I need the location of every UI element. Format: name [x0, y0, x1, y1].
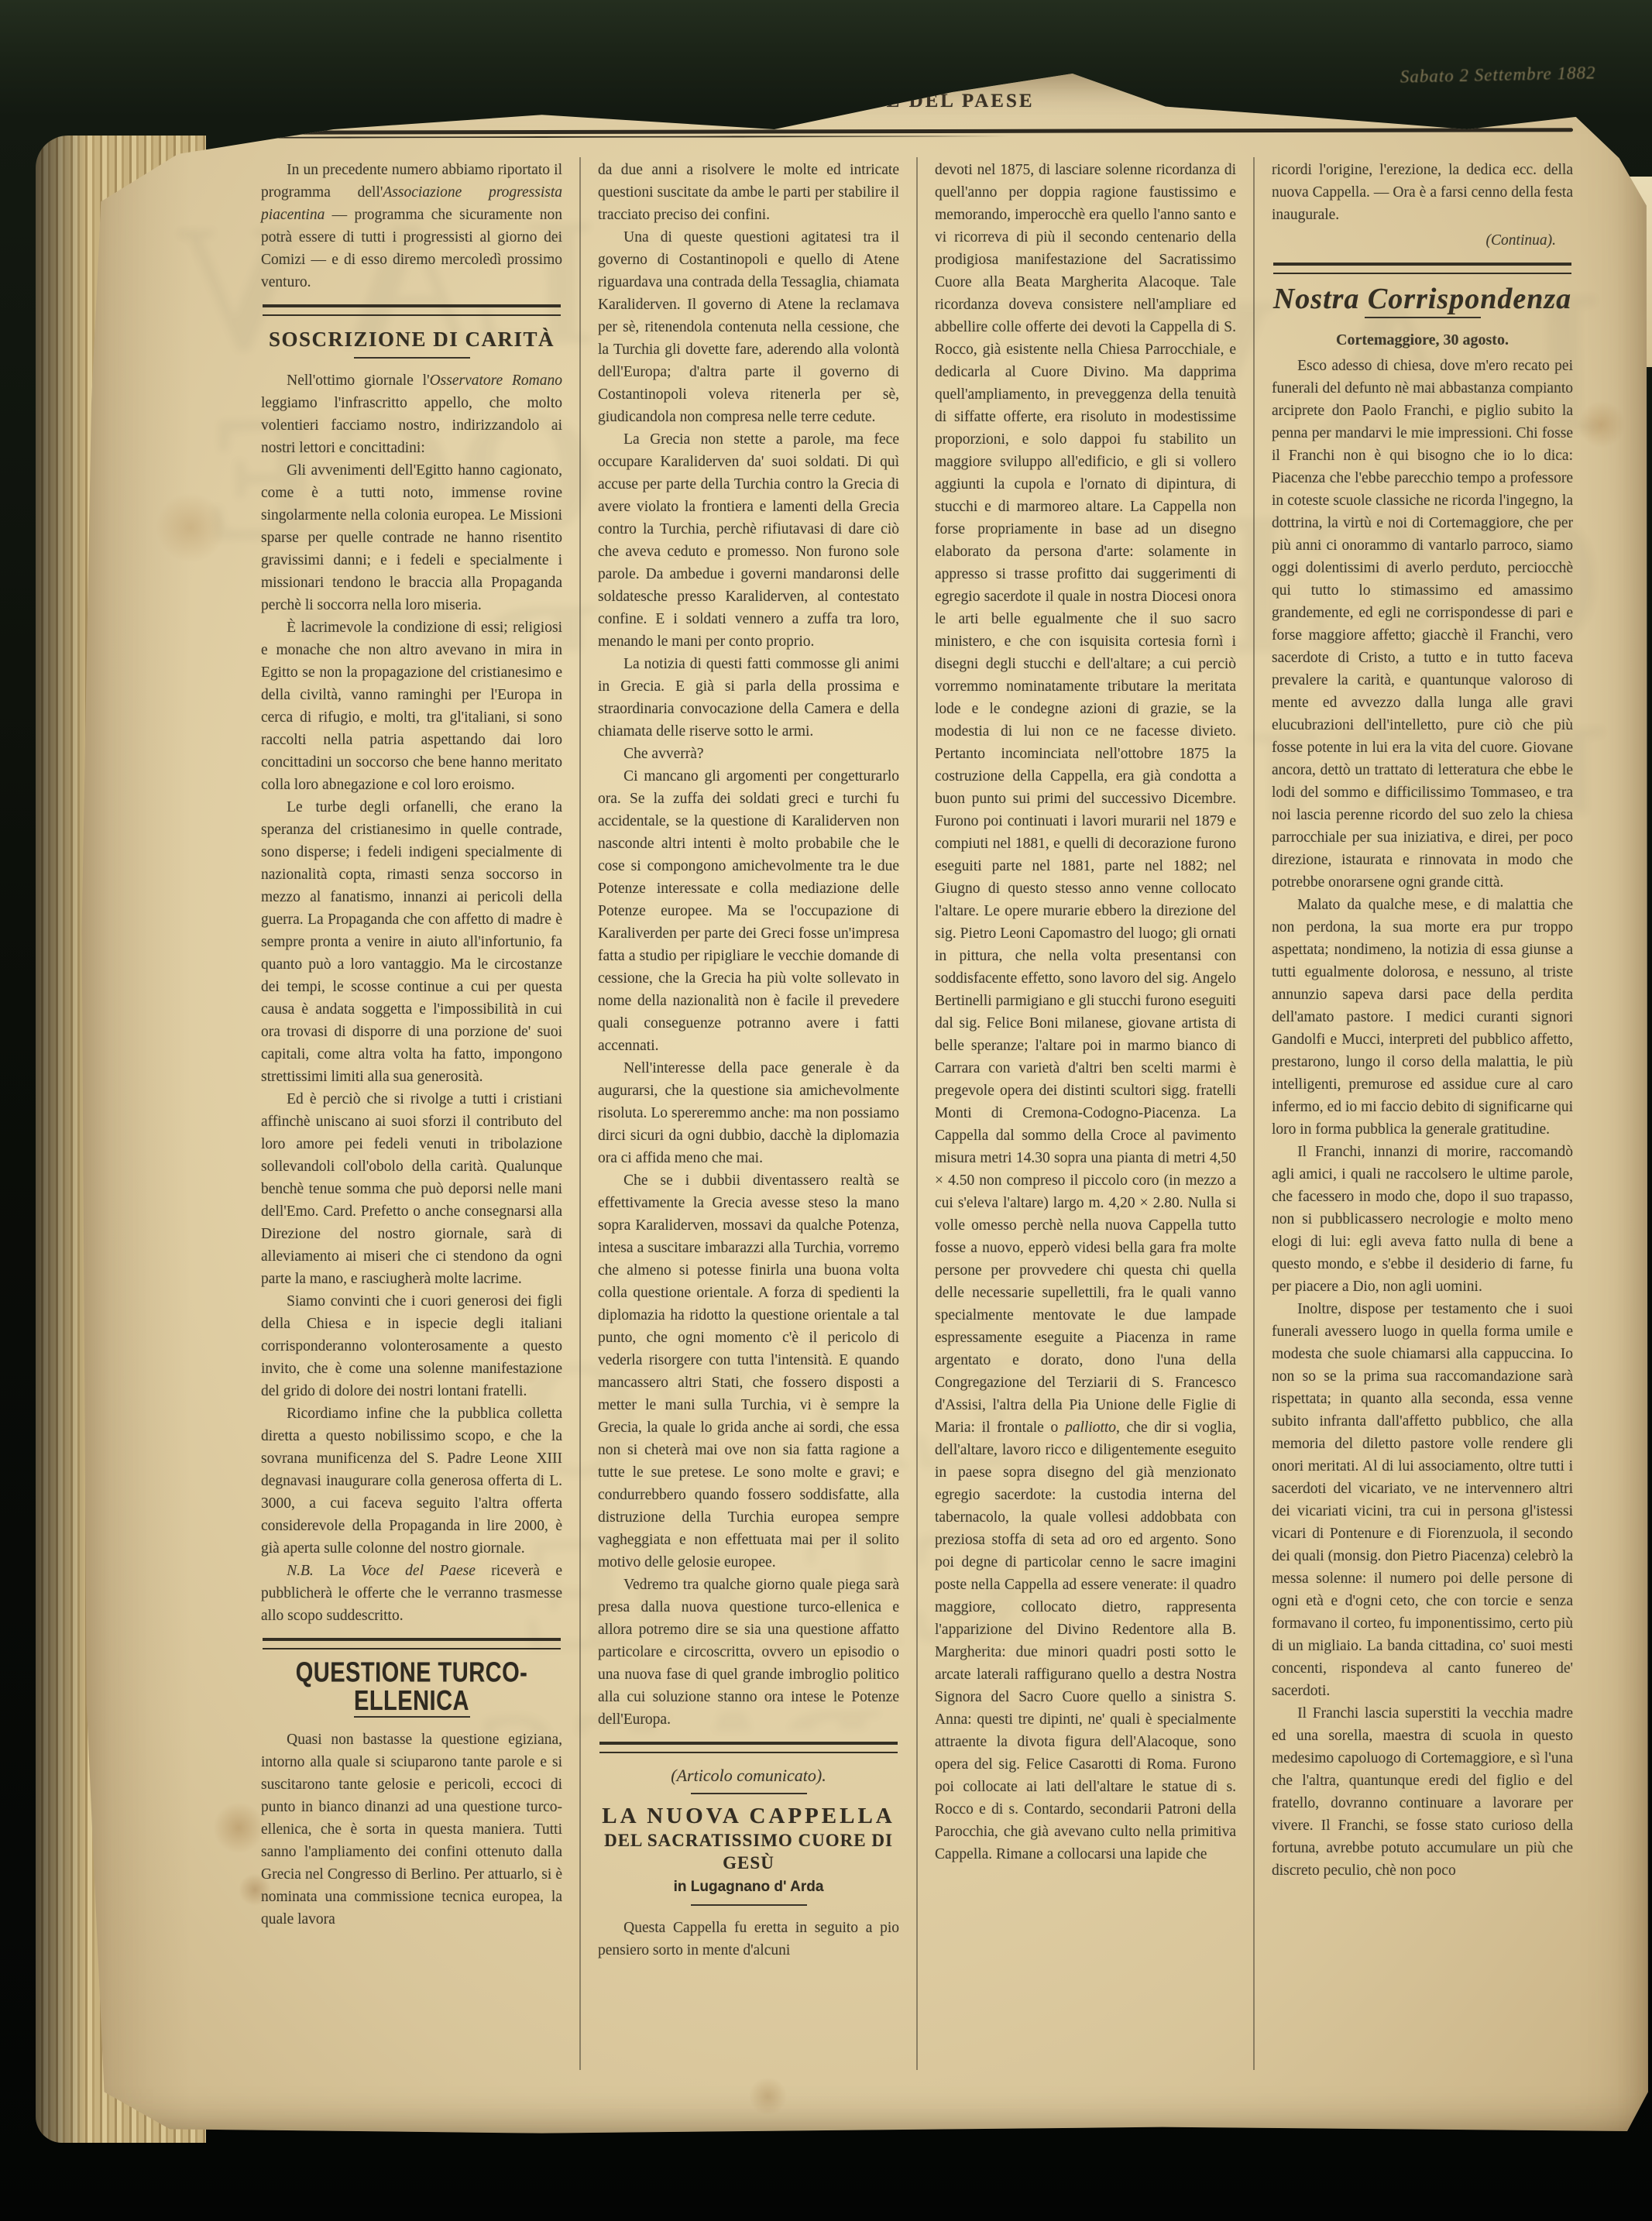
heading-soscrizione-di-carita: SOSCRIZIONE DI CARITÀ — [261, 328, 562, 351]
paragraph: Vedremo tra qualche giorno quale piega s… — [598, 1574, 899, 1731]
divider-short-rule — [691, 1904, 807, 1906]
paragraph: Ci mancano gli argomenti per congetturar… — [598, 765, 899, 1057]
photo-backdrop: Sabato 2 Settembre 1882 LA VOCE DEL PAES… — [0, 0, 1652, 2221]
heading-la-nuova-cappella: LA NUOVA CAPPELLA — [598, 1805, 899, 1828]
paragraph: Siamo convinti che i cuori generosi dei … — [261, 1290, 562, 1402]
paragraph: devoti nel 1875, di lasciare solenne ric… — [935, 159, 1236, 1866]
heading-nostra-corrispondenza: Nostra Corrispondenza — [1272, 288, 1573, 311]
column-divider-rule — [579, 157, 581, 2070]
paragraph: È lacrimevole la condizione di essi; rel… — [261, 616, 562, 796]
paragraph: Nell'interesse della pace generale è da … — [598, 1057, 899, 1169]
nota-bene: N.B. La Voce del Paese riceverà e pubbli… — [261, 1560, 562, 1627]
paragraph: Che avverrà? — [598, 743, 899, 765]
newspaper-page: LA VOCE DEL PAESE LA VOCE DEL PAESE LA V… — [46, 74, 1650, 2137]
intro-paragraph: In un precedente numero abbiamo riportat… — [261, 159, 562, 294]
divider-double-rule — [599, 1742, 898, 1753]
paragraph: Che se i dubbii diventassero realtà se e… — [598, 1169, 899, 1574]
divider-double-rule — [1273, 263, 1571, 274]
paragraph: Le turbe degli orfanelli, che erano la s… — [261, 796, 562, 1088]
heading-sacratissimo-cuore: DEL SACRATISSIMO CUORE DI GESÙ — [598, 1829, 899, 1874]
divider-short-rule — [1365, 317, 1481, 318]
dateline-cortemaggiore: Cortemaggiore, 30 agosto. — [1272, 329, 1573, 352]
paragraph: Quasi non bastasse la questione egiziana… — [261, 1728, 562, 1931]
paragraph: da due anni a risolvere le molte ed intr… — [598, 159, 899, 226]
divider-double-rule — [263, 1638, 561, 1649]
heading-questione-turco-ellenica: QUESTIONE TURCO-ELLENICA — [261, 1660, 562, 1716]
paragraph: Ricordiamo infine che la pubblica collet… — [261, 1402, 562, 1560]
paragraph: Gli avvenimenti dell'Egitto hanno cagion… — [261, 459, 562, 616]
column-3: devoti nel 1875, di lasciare solenne ric… — [935, 159, 1236, 1962]
paragraph: Il Franchi lascia superstiti la vecchia … — [1272, 1702, 1573, 1882]
paragraph: La Grecia non stette a parole, ma fece o… — [598, 428, 899, 653]
page-content: In un precedente numero abbiamo riportat… — [261, 159, 1573, 1962]
masthead-rule — [261, 128, 1573, 142]
paragraph: Il Franchi, innanzi di morire, raccomand… — [1272, 1141, 1573, 1298]
paragraph: Questa Cappella fu eretta in seguito a p… — [598, 1917, 899, 1962]
rule-line — [261, 128, 1573, 135]
paragraph: ricordi l'origine, l'erezione, la dedica… — [1272, 159, 1573, 226]
divider-double-rule — [263, 304, 561, 316]
column-2: da due anni a risolvere le molte ed intr… — [598, 159, 899, 1962]
column-1: In un precedente numero abbiamo riportat… — [261, 159, 562, 1962]
paragraph: La notizia di questi fatti commosse gli … — [598, 653, 899, 743]
paragraph: Malato da qualche mese, e di malattia ch… — [1272, 894, 1573, 1141]
rule-line — [261, 136, 1009, 139]
divider-short-rule — [691, 1793, 807, 1794]
column-divider-rule — [916, 157, 918, 2070]
paragraph: Esco adesso di chiesa, dove m'ero recato… — [1272, 355, 1573, 894]
column-divider-rule — [1253, 157, 1255, 2070]
column-4: ricordi l'origine, l'erezione, la dedica… — [1272, 159, 1573, 1962]
paragraph: Nell'ottimo giornale l'Osservatore Roman… — [261, 369, 562, 459]
adjacent-page-date-text: Sabato 2 Settembre 1882 — [1400, 63, 1596, 101]
bleedthrough-date-text: Sabato 2 Settembre 1882 — [581, 94, 813, 118]
masthead-title: LA VOCE DEL PAESE — [261, 91, 1573, 112]
continuation-note: (Continua). — [1272, 229, 1573, 252]
paragraph: Una di queste questioni agitatesi tra il… — [598, 226, 899, 428]
paragraph: Inoltre, dispose per testamento che i su… — [1272, 1298, 1573, 1702]
article-kicker: (Articolo comunicato). — [598, 1764, 899, 1787]
paragraph: Ed è perciò che si rivolge a tutti i cri… — [261, 1088, 562, 1290]
divider-short-rule — [354, 357, 470, 359]
heading-lugagnano: in Lugagnano d' Arda — [598, 1876, 899, 1898]
